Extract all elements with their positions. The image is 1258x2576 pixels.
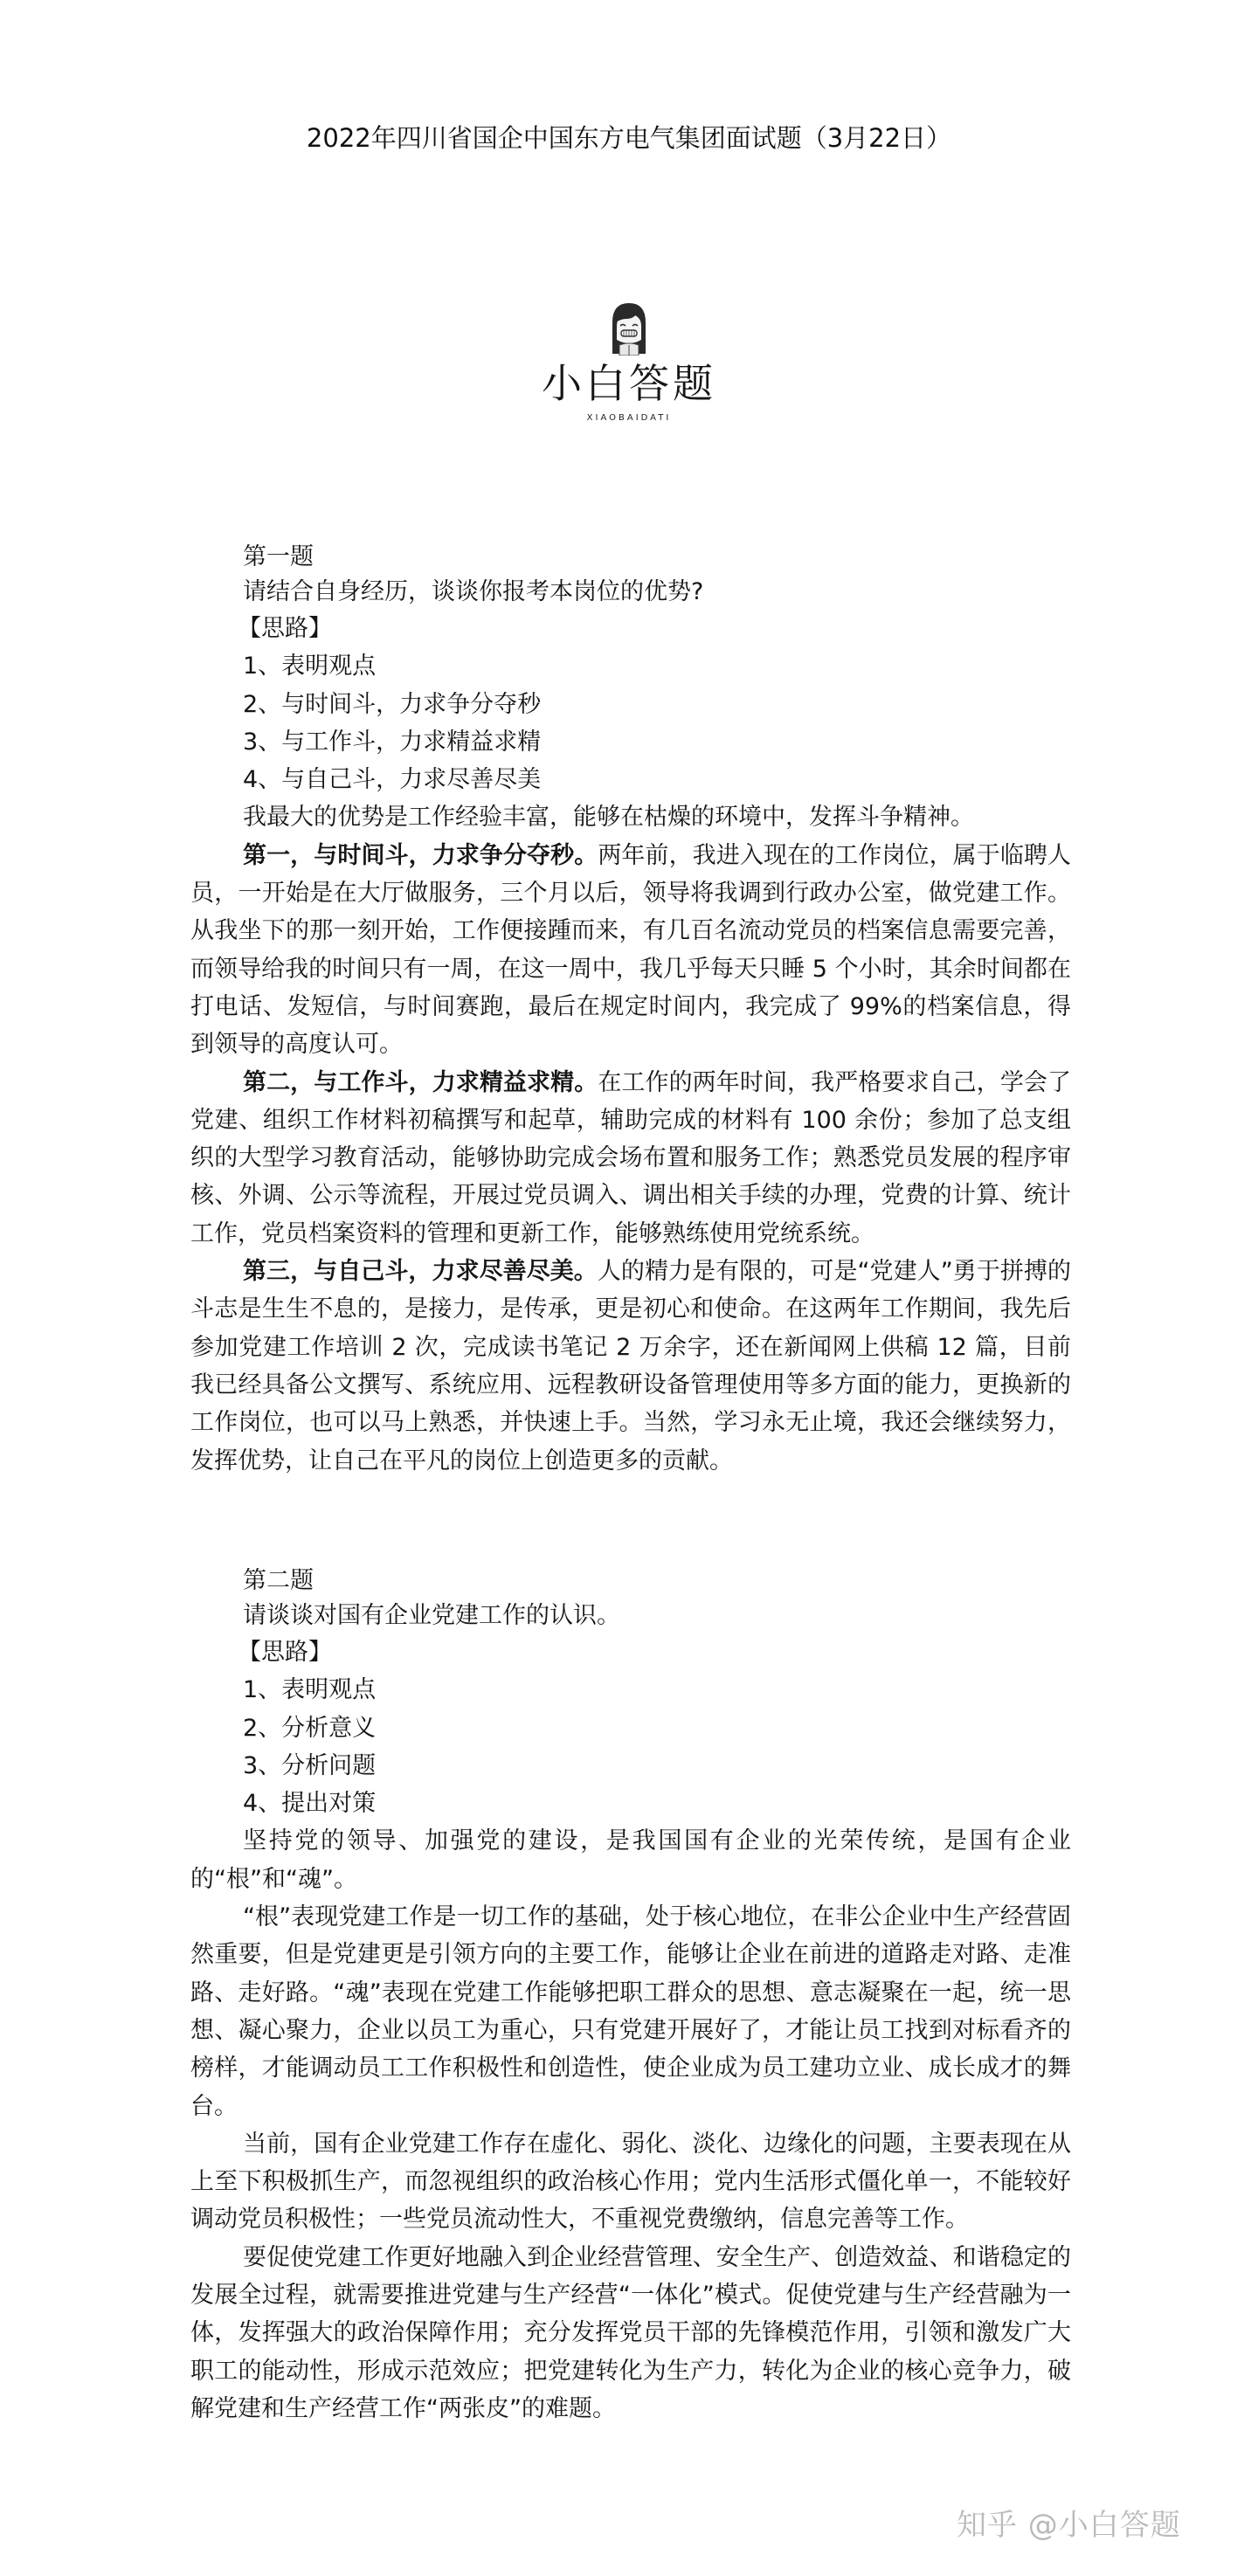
section-heading: 第一题: [190, 540, 1071, 575]
outline-item: 3、与工作斗，力求精益求精: [190, 723, 1071, 761]
paragraph-lead: 第二，与工作斗，力求精益求精。: [243, 1069, 598, 1096]
outline-label: 【思路】: [185, 1633, 1071, 1671]
watermark: 知乎 @小白答题: [957, 2503, 1181, 2547]
outline-item: 1、表明观点: [190, 1671, 1071, 1709]
outline-item: 4、与自己斗，力求尽善尽美: [190, 761, 1071, 798]
section-2: 第二题 请谈谈对国有企业党建工作的认识。 【思路】 1、表明观点 2、分析意义 …: [190, 1564, 1071, 2428]
paragraph: 第一，与时间斗，力求争分夺秒。两年前，我进入现在的工作岗位，属于临聘人员，一开始…: [190, 837, 1071, 1064]
paragraph: 第二，与工作斗，力求精益求精。在工作的两年时间，我严格要求自己，学会了党建、组织…: [190, 1064, 1071, 1253]
outline-item: 1、表明观点: [190, 647, 1071, 685]
girl-avatar-icon: [607, 301, 651, 356]
document-title: 2022年四川省国企中国东方电气集团面试题（3月22日）: [0, 121, 1258, 155]
paragraph: 第三，与自己斗，力求尽善尽美。人的精力是有限的，可是“党建人”勇于拼搏的斗志是生…: [190, 1253, 1071, 1480]
paragraph-text: 我最大的优势是工作经验丰富，能够在枯燥的环境中，发挥斗争精神。: [243, 804, 974, 831]
outline-item: 3、分析问题: [190, 1747, 1071, 1785]
section-question: 请结合自身经历，谈谈你报考本岗位的优势?: [190, 575, 1071, 610]
paragraph-text: 人的精力是有限的，可是“党建人”勇于拼搏的斗志是生生不息的，是接力，是传承，更是…: [190, 1258, 1071, 1474]
paragraph: 我最大的优势是工作经验丰富，能够在枯燥的环境中，发挥斗争精神。: [190, 798, 1071, 836]
paragraph-lead: 第一，与时间斗，力求争分夺秒。: [243, 842, 598, 869]
logo-subtitle: XIAOBAIDATI: [524, 413, 734, 423]
logo-name: 小白答题: [524, 359, 734, 408]
outline-item: 2、与时间斗，力求争分夺秒: [190, 686, 1071, 723]
paragraph: “根”表现党建工作是一切工作的基础，处于核心地位，在非公企业中生产经营固然重要，…: [190, 1898, 1071, 2125]
section-heading: 第二题: [190, 1564, 1071, 1599]
paragraph-lead: 第三，与自己斗，力求尽善尽美。: [243, 1258, 598, 1285]
section-question: 请谈谈对国有企业党建工作的认识。: [190, 1599, 1071, 1633]
section-1: 第一题 请结合自身经历，谈谈你报考本岗位的优势? 【思路】 1、表明观点 2、与…: [190, 540, 1071, 1480]
logo: 小白答题 XIAOBAIDATI: [524, 301, 734, 441]
paragraph: 当前，国有企业党建工作存在虚化、弱化、淡化、边缘化的问题，主要表现在从上至下积极…: [190, 2125, 1071, 2239]
outline-item: 4、提出对策: [190, 1785, 1071, 1822]
paragraph: 坚持党的领导、加强党的建设，是我国国有企业的光荣传统，是国有企业的“根”和“魂”…: [190, 1822, 1071, 1898]
outline-item: 2、分析意义: [190, 1709, 1071, 1747]
paragraph-text: 两年前，我进入现在的工作岗位，属于临聘人员，一开始是在大厅做服务，三个月以后，领…: [190, 842, 1071, 1058]
outline-label: 【思路】: [185, 610, 1071, 647]
paragraph: 要促使党建工作更好地融入到企业经营管理、安全生产、创造效益、和谐稳定的发展全过程…: [190, 2239, 1071, 2428]
